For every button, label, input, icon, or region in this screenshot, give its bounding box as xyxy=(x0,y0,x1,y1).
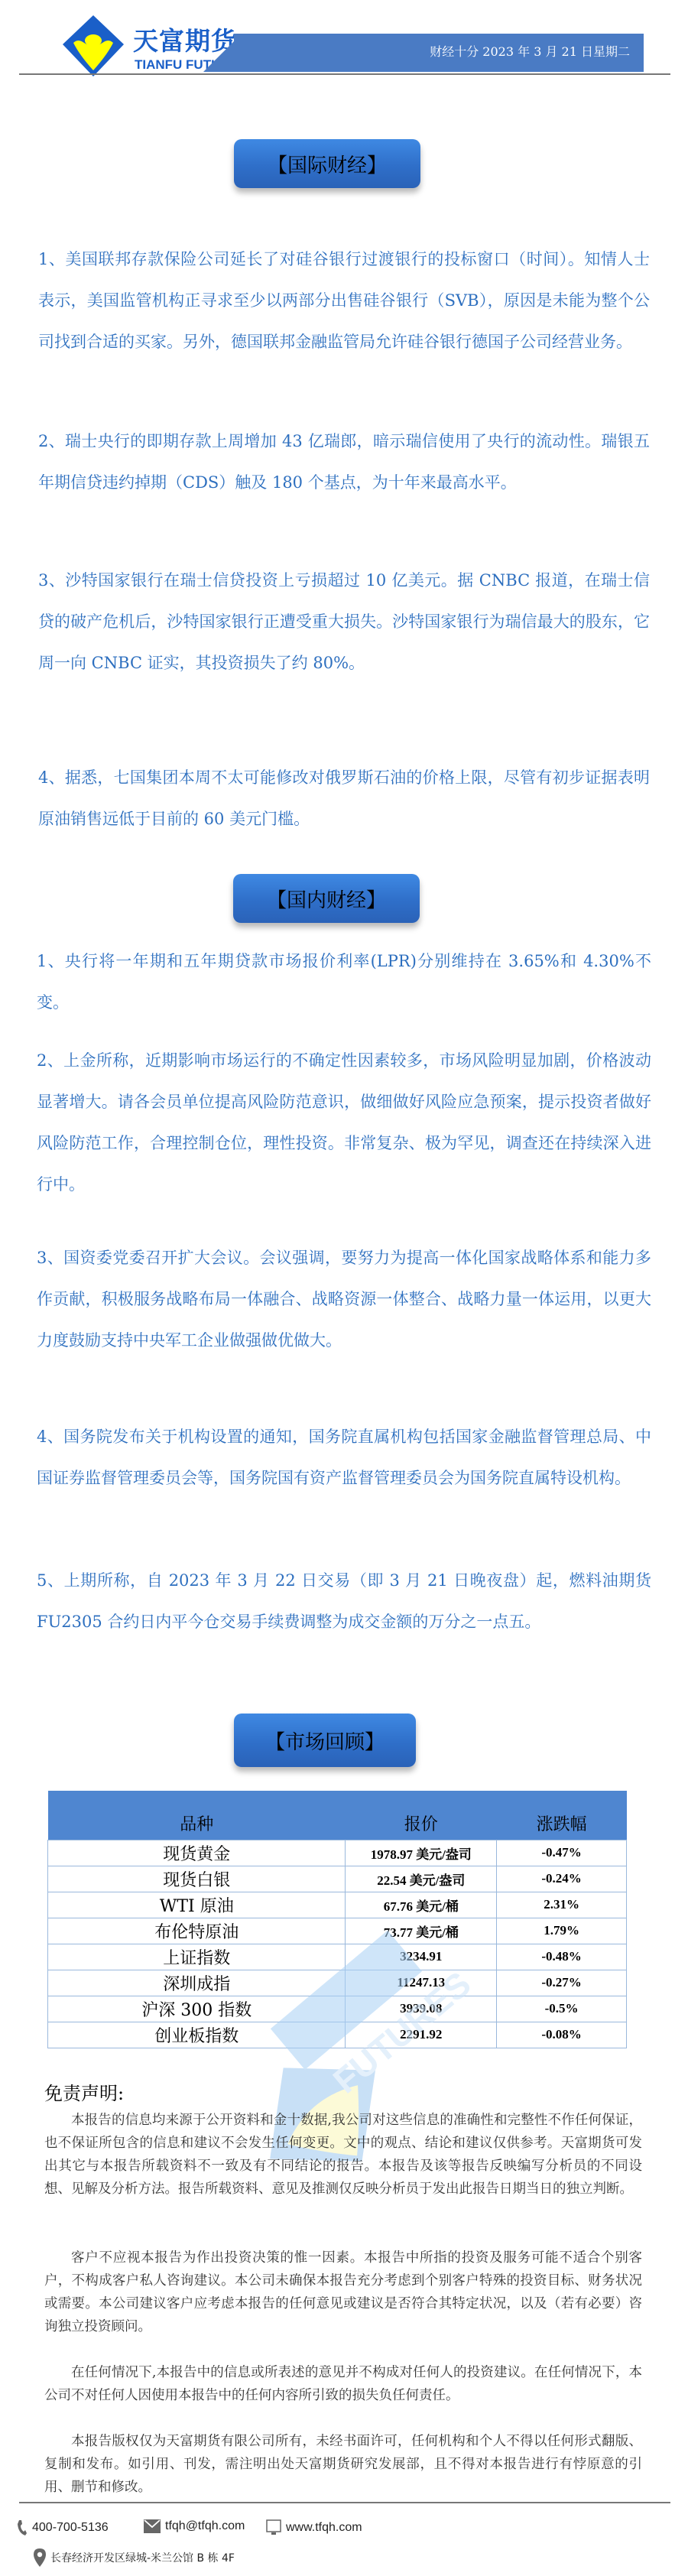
intl-news-item-3: 3、沙特国家银行在瑞士信贷投资上亏损超过 10 亿美元。据 CNBC 报道，在瑞… xyxy=(38,560,650,684)
location-pin-icon xyxy=(34,2548,46,2567)
instrument-name: 沪深 300 指数 xyxy=(48,1996,346,2022)
table-row: 现货白银 22.54 美元/盎司 -0.24% xyxy=(48,1866,627,1892)
instrument-change: -0.24% xyxy=(497,1866,627,1892)
section-title-international: 【国际财经】 xyxy=(234,139,420,188)
domestic-news-item-5: 5、上期所称，自 2023 年 3 月 22 日交易（即 3 月 21 日晚夜盘… xyxy=(37,1560,651,1642)
disclaimer-title: 免责声明: xyxy=(44,2078,124,2105)
website-url[interactable]: www.tfqh.com xyxy=(286,2521,362,2535)
instrument-name: WTI 原油 xyxy=(48,1892,346,1918)
instrument-price: 11247.13 xyxy=(346,1970,497,1996)
contact-phone: 400-700-5136 xyxy=(17,2519,109,2536)
instrument-name: 现货黄金 xyxy=(48,1840,346,1866)
footer-divider xyxy=(19,2502,670,2503)
page-header: 天富期货 TIANFU FUTURES 财经十分 2023 年 3 月 21 日… xyxy=(0,0,688,76)
table-header-row: 品种 报价 涨跌幅 xyxy=(48,1791,627,1840)
logo-diamond-icon xyxy=(63,15,124,76)
disclaimer-paragraph-3: 在任何情况下,本报告中的信息或所表述的意见并不构成对任何人的投资建议。在任何情况… xyxy=(44,2361,642,2407)
disclaimer-paragraph-4: 本报告版权仅为天富期货有限公司所有，未经书面许可，任何机构和个人不得以任何形式翻… xyxy=(44,2430,642,2499)
office-address: 长春经济开发区绿城-米兰公馆 B 栋 4F xyxy=(50,2550,235,2565)
date-banner: 财经十分 2023 年 3 月 21 日星期二 xyxy=(203,34,644,72)
table-row: 创业板指数 2291.92 -0.08% xyxy=(48,2022,627,2048)
column-header-price: 报价 xyxy=(346,1791,497,1840)
intl-news-item-4: 4、据悉，七国集团本周不太可能修改对俄罗斯石油的价格上限，尽管有初步证据表明原油… xyxy=(38,757,650,840)
domestic-news-item-1: 1、央行将一年期和五年期贷款市场报价利率(LPR)分别维持在 3.65%和 4.… xyxy=(37,940,651,1023)
table-row: 上证指数 3234.91 -0.48% xyxy=(48,1944,627,1970)
instrument-price: 3234.91 xyxy=(346,1944,497,1970)
report-date: 财经十分 2023 年 3 月 21 日星期二 xyxy=(234,44,630,60)
monitor-icon xyxy=(266,2519,281,2536)
table-row: 深圳成指 11247.13 -0.27% xyxy=(48,1970,627,1996)
column-header-name: 品种 xyxy=(48,1791,346,1840)
instrument-name: 深圳成指 xyxy=(48,1970,346,1996)
contact-email[interactable]: tfqh@tfqh.com xyxy=(144,2519,245,2533)
disclaimer-paragraph-1: 本报告的信息均来源于公开资料和金十数据,我公司对这些信息的准确性和完整性不作任何… xyxy=(44,2109,642,2201)
section-title-domestic: 【国内财经】 xyxy=(233,874,420,923)
instrument-name: 上证指数 xyxy=(48,1944,346,1970)
contact-website[interactable]: www.tfqh.com xyxy=(266,2519,362,2536)
instrument-price: 73.77 美元/桶 xyxy=(346,1918,497,1944)
instrument-name: 创业板指数 xyxy=(48,2022,346,2048)
instrument-name: 现货白银 xyxy=(48,1866,346,1892)
domestic-news-item-2: 2、上金所称，近期影响市场运行的不确定性因素较多，市场风险明显加剧，价格波动显著… xyxy=(37,1040,651,1205)
domestic-news-item-3: 3、国资委党委召开扩大会议。会议强调，要努力为提高一体化国家战略体系和能力多作贡… xyxy=(37,1237,651,1361)
instrument-change: -0.5% xyxy=(497,1996,627,2022)
domestic-news-item-4: 4、国务院发布关于机构设置的通知，国务院直属机构包括国家金融监督管理总局、中国证… xyxy=(37,1416,651,1499)
table-row: WTI 原油 67.76 美元/桶 2.31% xyxy=(48,1892,627,1918)
instrument-price: 67.76 美元/桶 xyxy=(346,1892,497,1918)
instrument-price: 22.54 美元/盎司 xyxy=(346,1866,497,1892)
instrument-change: -0.48% xyxy=(497,1944,627,1970)
table-row: 布伦特原油 73.77 美元/桶 1.79% xyxy=(48,1918,627,1944)
header-divider xyxy=(19,73,670,75)
section-title-market: 【市场回顾】 xyxy=(234,1714,416,1767)
intl-news-item-1: 1、美国联邦存款保险公司延长了对硅谷银行过渡银行的投标窗口（时间）。知情人士表示… xyxy=(38,239,650,362)
instrument-change: -0.47% xyxy=(497,1840,627,1866)
phone-icon xyxy=(17,2519,28,2536)
column-header-change: 涨跌幅 xyxy=(497,1791,627,1840)
phone-number: 400-700-5136 xyxy=(32,2521,109,2535)
table-row: 现货黄金 1978.97 美元/盎司 -0.47% xyxy=(48,1840,627,1866)
instrument-change: 1.79% xyxy=(497,1918,627,1944)
instrument-price: 2291.92 xyxy=(346,2022,497,2048)
instrument-change: -0.27% xyxy=(497,1970,627,1996)
table-row: 沪深 300 指数 3939.08 -0.5% xyxy=(48,1996,627,2022)
instrument-name: 布伦特原油 xyxy=(48,1918,346,1944)
instrument-price: 3939.08 xyxy=(346,1996,497,2022)
instrument-change: 2.31% xyxy=(497,1892,627,1918)
disclaimer-paragraph-2: 客户不应视本报告为作出投资决策的惟一因素。本报告中所指的投资及服务可能不适合个别… xyxy=(44,2246,642,2338)
mail-icon xyxy=(144,2519,161,2533)
market-review-table: 品种 报价 涨跌幅 现货黄金 1978.97 美元/盎司 -0.47% 现货白银… xyxy=(47,1791,627,2048)
contact-address: 长春经济开发区绿城-米兰公馆 B 栋 4F xyxy=(34,2548,235,2567)
intl-news-item-2: 2、瑞士央行的即期存款上周增加 43 亿瑞郎，暗示瑞信使用了央行的流动性。瑞银五… xyxy=(38,421,650,503)
email-address[interactable]: tfqh@tfqh.com xyxy=(165,2519,245,2533)
instrument-change: -0.08% xyxy=(497,2022,627,2048)
instrument-price: 1978.97 美元/盎司 xyxy=(346,1840,497,1866)
